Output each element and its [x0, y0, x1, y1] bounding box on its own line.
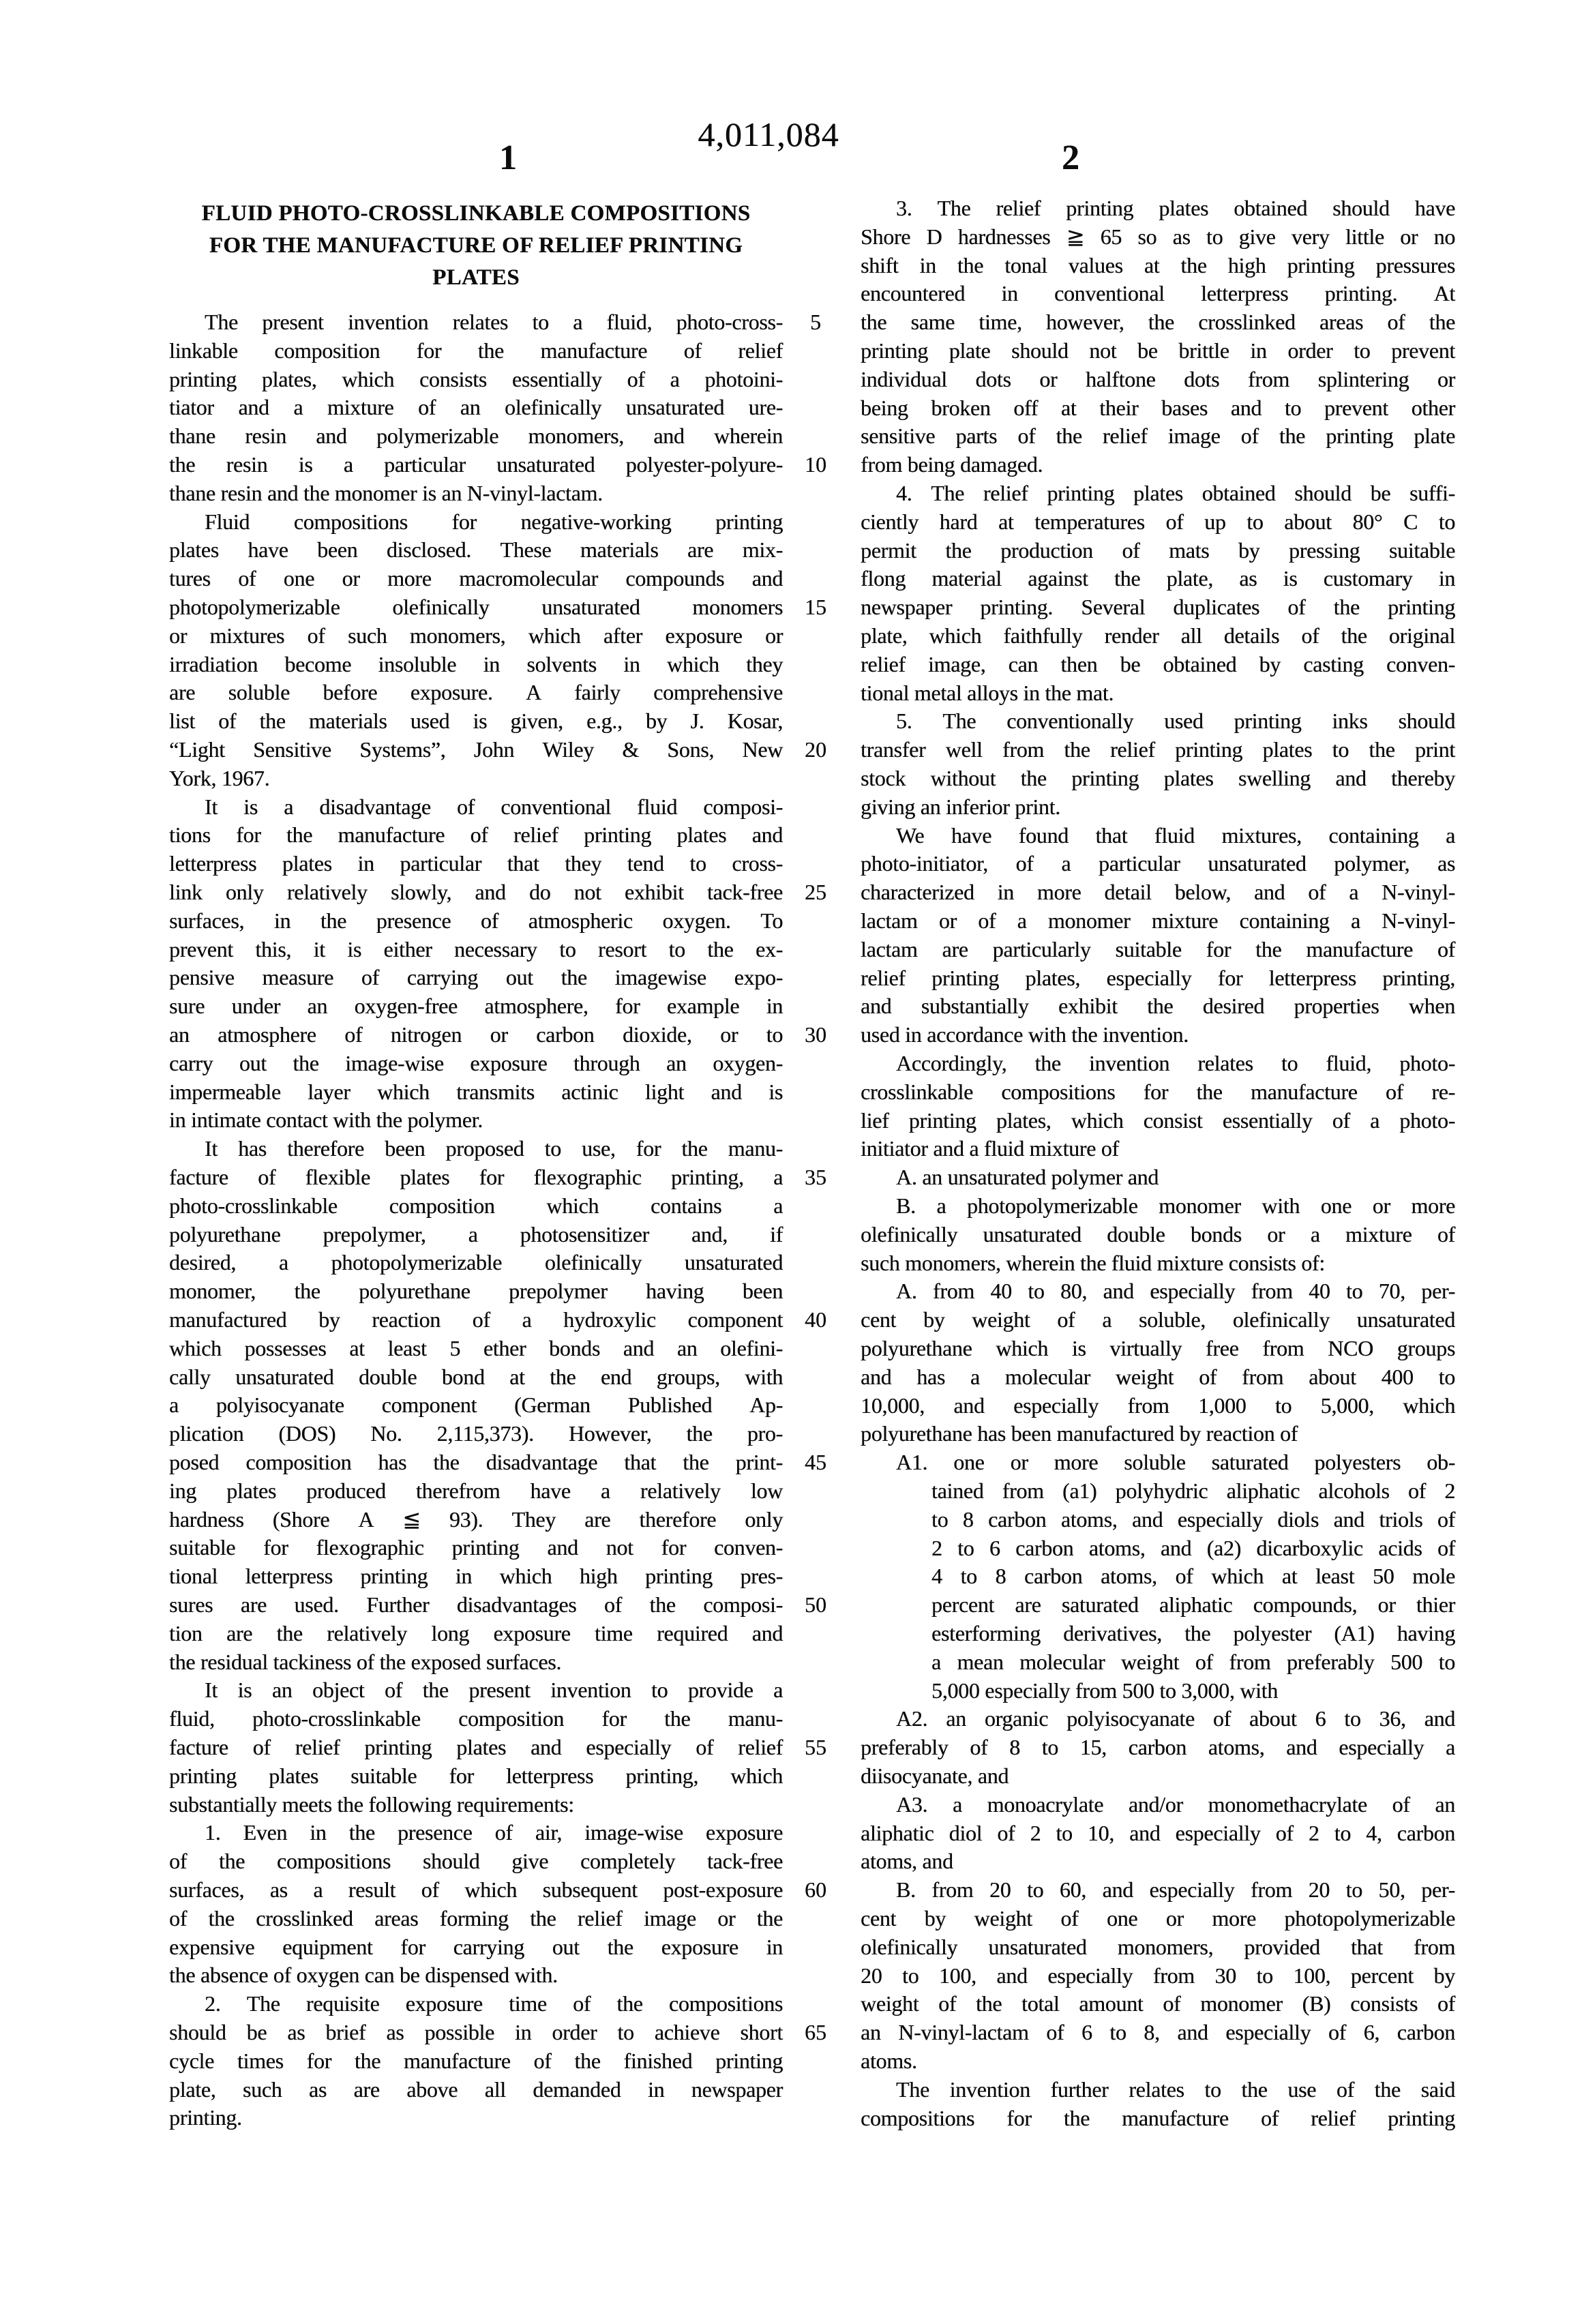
- text-line: turesofoneormoremacromolecularcompoundsa…: [169, 565, 783, 593]
- line-number: 50: [788, 1591, 843, 1620]
- text-line: liefprintingplates,whichconsistessential…: [861, 1107, 1455, 1135]
- text-line: thaneresinandpolymerizablemonomers,andwh…: [169, 422, 783, 451]
- line-number: 55: [788, 1733, 843, 1762]
- text-line: beingbrokenoffattheirbasesandtopreventot…: [861, 394, 1455, 423]
- text-line: tional metal alloys in the mat.: [861, 679, 1455, 708]
- text-line: stockwithouttheprintingplatesswellingand…: [861, 764, 1455, 793]
- text-line: photo-crosslinkablecompositionwhichconta…: [169, 1192, 783, 1221]
- text-line: in intimate contact with the polymer.: [169, 1106, 783, 1135]
- text-line: ingplatesproducedtherefromhavearelativel…: [169, 1477, 783, 1506]
- text-line: Accordingly,theinventionrelatestofluid,p…: [861, 1049, 1455, 1078]
- left-column: Thepresentinventionrelatestoafluid,photo…: [169, 308, 783, 2149]
- text-line: andsubstantiallyexhibitthedesiredpropert…: [861, 992, 1455, 1021]
- text-line: reliefprintingplates,especiallyforletter…: [861, 964, 1455, 993]
- text-line: Fluidcompositionsfornegative-workingprin…: [169, 508, 783, 537]
- text-line: to8carbonatoms,andespeciallydiolsandtrio…: [861, 1506, 1455, 1534]
- text-line: anN-vinyl-lactamof6to8,andespeciallyof6,…: [861, 2018, 1455, 2047]
- text-line: ofthecrosslinkedareasformingthereliefima…: [169, 1905, 783, 1933]
- text-line: polyurethanewhichisvirtuallyfreefromNCOg…: [861, 1335, 1455, 1363]
- text-line: 4to8carbonatoms,ofwhichatleast50mole: [861, 1562, 1455, 1591]
- text-line: surfaces,inthepresenceofatmosphericoxyge…: [169, 907, 783, 936]
- text-line: 5,000 especially from 500 to 3,000, with: [861, 1677, 1455, 1705]
- text-line: posedcompositionhasthedisadvantagethatth…: [169, 1448, 783, 1477]
- text-line: A2.anorganicpolyisocyanateofabout6to36,a…: [861, 1705, 1455, 1733]
- text-line: encounteredinconventionalletterpressprin…: [861, 280, 1455, 308]
- text-line: used in accordance with the invention.: [861, 1021, 1455, 1049]
- text-line: thesametime,however,thecrosslinkedareaso…: [861, 308, 1455, 337]
- text-line: tionalletterpressprintinginwhichhighprin…: [169, 1562, 783, 1591]
- text-line: desired,aphotopolymerizableolefinicallyu…: [169, 1249, 783, 1277]
- text-line: transferwellfromthereliefprintingplatest…: [861, 736, 1455, 764]
- text-line: preventthis,itiseithernecessarytoresortt…: [169, 936, 783, 964]
- text-line: A3.amonoacrylateand/ormonomethacrylateof…: [861, 1791, 1455, 1819]
- text-line: suresareused.Furtherdisadvantagesoftheco…: [169, 1591, 783, 1620]
- text-line: tainedfrom(a1)polyhydricaliphaticalcohol…: [861, 1477, 1455, 1506]
- text-line: “LightSensitiveSystems”,JohnWiley&Sons,N…: [169, 736, 783, 764]
- text-line: tiatorandamixtureofanolefinicallyunsatur…: [169, 393, 783, 422]
- text-line: factureofflexibleplatesforflexographicpr…: [169, 1163, 783, 1192]
- text-line: esterformingderivatives,thepolyester(A1)…: [861, 1620, 1455, 1648]
- text-line: Itisanobjectofthepresentinventiontoprovi…: [169, 1676, 783, 1705]
- text-line: photo-initiator,ofaparticularunsaturated…: [861, 850, 1455, 878]
- line-number: 10: [788, 451, 843, 479]
- text-line: B.aphotopolymerizablemonomerwithoneormor…: [861, 1192, 1455, 1221]
- text-line: ormixturesofsuchmonomers,whichafterexpos…: [169, 622, 783, 651]
- text-line: lactamorofamonomermixturecontainingaN-vi…: [861, 907, 1455, 936]
- text-line: irradiationbecomeinsolubleinsolventsinwh…: [169, 651, 783, 679]
- text-line: 5.Theconventionallyusedprintinginksshoul…: [861, 707, 1455, 736]
- text-line: photopolymerizableolefinicallyunsaturate…: [169, 593, 783, 622]
- text-line: apolyisocyanatecomponent(GermanPublished…: [169, 1391, 783, 1420]
- text-line: impermeablelayerwhichtransmitsactiniclig…: [169, 1078, 783, 1107]
- text-line: initiator and a fluid mixture of: [861, 1135, 1455, 1163]
- text-line: atoms, and: [861, 1847, 1455, 1876]
- line-number: 60: [788, 1876, 843, 1905]
- text-line: manufacturedbyreactionofahydroxyliccompo…: [169, 1306, 783, 1335]
- text-line: letterpressplatesinparticularthattheyten…: [169, 850, 783, 878]
- text-line: tionsforthemanufactureofreliefprintingpl…: [169, 821, 783, 850]
- text-line: Itisadisadvantageofconventionalfluidcomp…: [169, 793, 783, 822]
- line-number: 5: [788, 308, 843, 337]
- line-number: 30: [788, 1021, 843, 1049]
- text-line: cientlyhardattemperaturesofuptoabout80°C…: [861, 508, 1455, 537]
- text-line: ameanmolecularweightoffrompreferably500t…: [861, 1648, 1455, 1677]
- text-line: expensiveequipmentforcarryingouttheexpos…: [169, 1933, 783, 1962]
- line-number: 20: [788, 736, 843, 764]
- patent-document-page: 4,011,084 1 2 FLUID PHOTO-CROSSLINKABLE …: [0, 0, 1582, 2324]
- text-line: shiftinthetonalvaluesatthehighprintingpr…: [861, 252, 1455, 280]
- text-line: characterizedinmoredetailbelow,andofaN-v…: [861, 878, 1455, 907]
- patent-title-line: FOR THE MANUFACTURE OF RELIEF PRINTING: [169, 230, 783, 262]
- text-line: suitableforflexographicprintingandnotfor…: [169, 1534, 783, 1562]
- text-line: plateshavebeendisclosed.Thesematerialsar…: [169, 536, 783, 565]
- text-line: factureofreliefprintingplatesandespecial…: [169, 1733, 783, 1762]
- patent-title-line: FLUID PHOTO-CROSSLINKABLE COMPOSITIONS: [169, 198, 783, 230]
- text-line: printingplatessuitableforletterpressprin…: [169, 1762, 783, 1791]
- line-number: 35: [788, 1163, 843, 1192]
- line-number: 25: [788, 878, 843, 907]
- text-line: A1.oneormoresolublesaturatedpolyestersob…: [861, 1448, 1455, 1477]
- text-line: 4.Thereliefprintingplatesobtainedshouldb…: [861, 479, 1455, 508]
- text-line: plate,suchasareabovealldemandedinnewspap…: [169, 2076, 783, 2104]
- text-line: plication(DOS)No.2,115,373).However,thep…: [169, 1420, 783, 1448]
- text-line: monomer,thepolyurethaneprepolymerhavingb…: [169, 1277, 783, 1306]
- text-line: diisocyanate, and: [861, 1762, 1455, 1791]
- text-line: linkonlyrelativelyslowly,anddonotexhibit…: [169, 878, 783, 907]
- text-line: tionaretherelativelylongexposuretimerequ…: [169, 1620, 783, 1648]
- text-line: polyurethaneprepolymer,aphotosensitizera…: [169, 1221, 783, 1249]
- text-line: sensitivepartsofthereliefimageoftheprint…: [861, 422, 1455, 451]
- text-line: linkablecompositionforthemanufactureofre…: [169, 337, 783, 366]
- text-line: olefinicallyunsaturateddoublebondsoramix…: [861, 1221, 1455, 1249]
- text-line: fluid,photo-crosslinkablecompositionfort…: [169, 1705, 783, 1733]
- text-line: printingplates,whichconsistsessentiallyo…: [169, 366, 783, 394]
- text-line: compositionsforthemanufactureofreliefpri…: [861, 2104, 1455, 2133]
- text-line: plate,whichfaithfullyrenderalldetailsoft…: [861, 622, 1455, 651]
- text-line: listofthematerialsusedisgiven,e.g.,byJ.K…: [169, 707, 783, 736]
- text-line: Ithasthereforebeenproposedtouse,forthema…: [169, 1135, 783, 1163]
- text-line: 20to100,andespeciallyfrom30to100,percent…: [861, 1962, 1455, 1991]
- text-line: Theinventionfurtherrelatestotheuseofthes…: [861, 2076, 1455, 2104]
- text-line: flongmaterialagainsttheplate,asiscustoma…: [861, 565, 1455, 593]
- text-line: Thepresentinventionrelatestoafluid,photo…: [169, 308, 783, 337]
- line-number: 15: [788, 593, 843, 622]
- text-line: lactamareparticularlysuitableforthemanuf…: [861, 936, 1455, 964]
- text-line: weightofthetotalamountofmonomer(B)consis…: [861, 1990, 1455, 2018]
- text-line: hardness(ShoreA≦93).Theyarethereforeonly: [169, 1506, 783, 1534]
- text-line: anatmosphereofnitrogenorcarbondioxide,or…: [169, 1021, 783, 1049]
- text-line: olefinicallyunsaturatedmonomers,provided…: [861, 1933, 1455, 1962]
- text-line: from being damaged.: [861, 451, 1455, 479]
- column-number-right: 2: [1030, 138, 1111, 178]
- text-line: aresolublebeforeexposure.Afairlycomprehe…: [169, 679, 783, 707]
- line-number: 45: [788, 1448, 843, 1477]
- text-line: reliefimage,canthenbeobtainedbycastingco…: [861, 651, 1455, 679]
- text-line: callyunsaturateddoublebondattheendgroups…: [169, 1363, 783, 1392]
- text-line: 10,000,andespeciallyfrom1,000to5,000,whi…: [861, 1392, 1455, 1420]
- text-line: individualdotsorhalftonedotsfromsplinter…: [861, 366, 1455, 394]
- text-line: newspaperprinting.Severalduplicatesofthe…: [861, 593, 1455, 622]
- text-line: ShoreDhardnesses≧65soastogiveverylittleo…: [861, 223, 1455, 252]
- text-line: cycletimesforthemanufactureofthefinished…: [169, 2047, 783, 2076]
- text-line: 2to6carbonatoms,and(a2)dicarboxylicacids…: [861, 1534, 1455, 1563]
- text-line: andhasamolecularweightoffromabout400to: [861, 1363, 1455, 1392]
- text-line: ofthecompositionsshouldgivecompletelytac…: [169, 1847, 783, 1876]
- text-line: Wehavefoundthatfluidmixtures,containinga: [861, 822, 1455, 850]
- text-line: A.from40to80,andespeciallyfrom40to70,per…: [861, 1277, 1455, 1306]
- text-line: aliphaticdiolof2to10,andespeciallyof2to4…: [861, 1819, 1455, 1848]
- text-line: giving an inferior print.: [861, 793, 1455, 822]
- line-number: 65: [788, 2018, 843, 2047]
- text-line: surfaces,asaresultofwhichsubsequentpost-…: [169, 1876, 783, 1905]
- patent-title-line: PLATES: [169, 262, 783, 294]
- text-line: printingplateshouldnotbebrittleinorderto…: [861, 337, 1455, 366]
- text-line: centbyweightofoneormorephotopolymerizabl…: [861, 1905, 1455, 1933]
- text-line: A. an unsaturated polymer and: [861, 1163, 1455, 1192]
- text-line: permittheproductionofmatsbypressingsuita…: [861, 537, 1455, 565]
- text-line: polyurethane has been manufactured by re…: [861, 1420, 1455, 1448]
- right-column: 3.Thereliefprintingplatesobtainedshouldh…: [861, 194, 1455, 2158]
- text-line: 2.Therequisiteexposuretimeofthecompositi…: [169, 1990, 783, 2018]
- patent-title: FLUID PHOTO-CROSSLINKABLE COMPOSITIONS F…: [169, 198, 783, 294]
- text-line: 3.Thereliefprintingplatesobtainedshouldh…: [861, 194, 1455, 223]
- column-number-left: 1: [467, 138, 549, 178]
- text-line: whichpossessesatleast5etherbondsandanole…: [169, 1335, 783, 1363]
- text-line: preferablyof8to15,carbonatoms,andespecia…: [861, 1733, 1455, 1762]
- text-line: thane resin and the monomer is an N-viny…: [169, 479, 783, 508]
- text-line: carryouttheimage-wiseexposurethroughanox…: [169, 1049, 783, 1078]
- text-line: such monomers, wherein the fluid mixture…: [861, 1249, 1455, 1278]
- text-line: pensivemeasureofcarryingouttheimagewisee…: [169, 964, 783, 992]
- text-line: the residual tackiness of the exposed su…: [169, 1648, 783, 1677]
- text-line: B.from20to60,andespeciallyfrom20to50,per…: [861, 1876, 1455, 1905]
- text-line: the absence of oxygen can be dispensed w…: [169, 1961, 783, 1990]
- patent-number: 4,011,084: [564, 115, 973, 154]
- text-line: York, 1967.: [169, 764, 783, 793]
- text-line: sureunderanoxygen-freeatmosphere,forexam…: [169, 992, 783, 1021]
- text-line: shouldbeasbriefaspossibleinordertoachiev…: [169, 2018, 783, 2047]
- line-number: 40: [788, 1306, 843, 1335]
- text-line: centbyweightofasoluble,olefinicallyunsat…: [861, 1306, 1455, 1335]
- text-line: theresinisaparticularunsaturatedpolyeste…: [169, 451, 783, 479]
- text-line: substantially meets the following requir…: [169, 1791, 783, 1819]
- text-line: 1.Eveninthepresenceofair,image-wiseexpos…: [169, 1819, 783, 1847]
- text-line: crosslinkablecompositionsforthemanufactu…: [861, 1078, 1455, 1107]
- text-line: atoms.: [861, 2047, 1455, 2076]
- text-line: percentaresaturatedaliphaticcompounds,or…: [861, 1591, 1455, 1620]
- text-line: printing.: [169, 2104, 783, 2132]
